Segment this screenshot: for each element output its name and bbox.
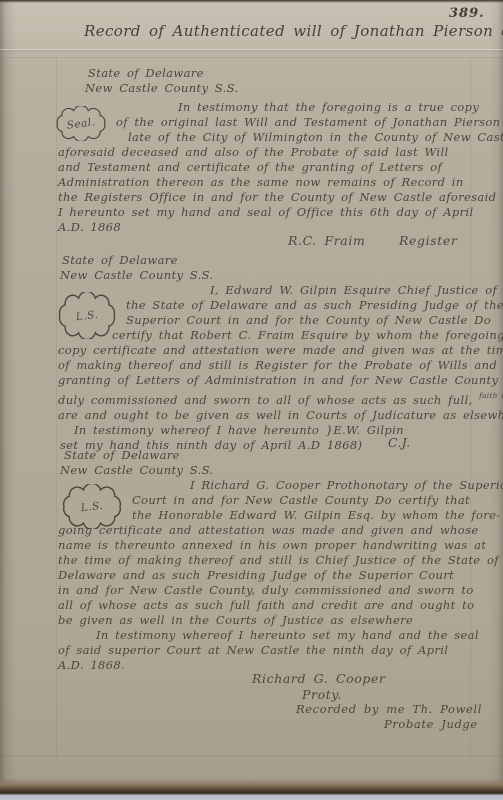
text-line: all of whose acts as such full faith and… bbox=[58, 598, 501, 613]
inserted-text: faith and bbox=[479, 391, 503, 400]
venue-county: New Castle County S.S. bbox=[60, 268, 213, 283]
venue-county: New Castle County S.S. bbox=[60, 463, 213, 478]
paper-crease bbox=[0, 57, 503, 58]
testimony-line: In testimony whereof I have hereunto }E.… bbox=[58, 423, 503, 438]
text-line: the Registers Office in and for the Coun… bbox=[58, 190, 503, 205]
text-line: Delaware and as such Presiding Judge of … bbox=[58, 568, 501, 583]
page-number: 389. bbox=[449, 6, 485, 21]
text-line: in and for New Castle County, duly commi… bbox=[58, 583, 501, 598]
recorded-by-line: Recorded by me Th. Powell bbox=[296, 702, 482, 716]
text-line: Administration thereon as the same now r… bbox=[58, 175, 503, 190]
register-certificate-text: In testimony that the foregoing is a tru… bbox=[58, 100, 503, 235]
page-top-edge bbox=[0, 0, 503, 3]
text-line: Court in and for New Castle County Do ce… bbox=[58, 493, 501, 508]
text-line: of the original last Will and Testament … bbox=[58, 115, 503, 130]
judge-initials: C.J. bbox=[388, 435, 411, 450]
text-line: the State of Delaware and as such Presid… bbox=[58, 298, 503, 313]
certificate-opening: I Richard G. Cooper Prothonotary of the … bbox=[190, 478, 503, 493]
text-line: going certificate and attestation was ma… bbox=[58, 523, 501, 538]
chief-justice-certificate-text: the State of Delaware and as such Presid… bbox=[58, 298, 503, 453]
text-line: the time of making thereof and still is … bbox=[58, 553, 501, 568]
text-line: Superior Court in and for the County of … bbox=[58, 313, 503, 328]
text-line: certify that Robert C. Fraim Esquire by … bbox=[58, 328, 503, 343]
page-title: Record of Authenticated will of Jonathan… bbox=[84, 22, 503, 40]
paper-crease bbox=[0, 756, 503, 757]
text-line: and Testament and certificate of the gra… bbox=[58, 160, 503, 175]
text-line: the Honorable Edward W. Gilpin Esq. by w… bbox=[58, 508, 501, 523]
page-bottom-edge bbox=[0, 778, 503, 793]
text-line: I hereunto set my hand and seal of Offic… bbox=[58, 205, 503, 220]
text-line: are and ought to be given as well in Cou… bbox=[58, 408, 503, 423]
paper-crease bbox=[0, 49, 503, 50]
text-line: be given as well in the Courts of Justic… bbox=[58, 613, 501, 628]
desk-surface bbox=[0, 793, 503, 800]
text-line: late of the City of Wilmington in the Co… bbox=[58, 130, 503, 145]
signature-name: R.C. Fraim bbox=[288, 233, 365, 248]
prothonotary-signature: Richard G. Cooper bbox=[252, 671, 386, 686]
venue-county: New Castle County S.S. bbox=[85, 81, 238, 96]
text-line: copy certificate and attestation were ma… bbox=[58, 343, 503, 358]
certificate-opening: I, Edward W. Gilpin Esquire Chief Justic… bbox=[210, 283, 497, 298]
prothonotary-certificate-text: Court in and for New Castle County Do ce… bbox=[58, 493, 501, 673]
text-line: name is thereunto annexed in his own pro… bbox=[58, 538, 501, 553]
venue-state: State of Delaware bbox=[64, 448, 180, 463]
prothonotary-signature-title: Proty. bbox=[302, 687, 342, 702]
text-segment: duly commissioned and sworn to all of wh… bbox=[58, 393, 473, 407]
signature-title: Register bbox=[399, 233, 457, 248]
text-line: of making thereof and still is Register … bbox=[58, 358, 503, 373]
recorder-title: Probate Judge bbox=[384, 717, 478, 731]
venue-state: State of Delaware bbox=[62, 253, 178, 268]
text-line-with-insertion: duly commissioned and sworn to all of wh… bbox=[58, 388, 503, 408]
ledger-page: 389. Record of Authenticated will of Jon… bbox=[0, 0, 503, 800]
testimony-line: In testimony whereof I hereunto set my h… bbox=[58, 628, 501, 643]
paper-crease bbox=[56, 57, 57, 757]
venue-state: State of Delaware bbox=[88, 66, 204, 81]
text-line: granting of Letters of Administration in… bbox=[58, 373, 503, 388]
register-signature: R.C. Fraim Register bbox=[288, 233, 457, 248]
text-line: In testimony that the foregoing is a tru… bbox=[58, 100, 503, 115]
text-line: of said superior Court at New Castle the… bbox=[58, 643, 501, 658]
text-line: aforesaid deceased and also of the Proba… bbox=[58, 145, 503, 160]
